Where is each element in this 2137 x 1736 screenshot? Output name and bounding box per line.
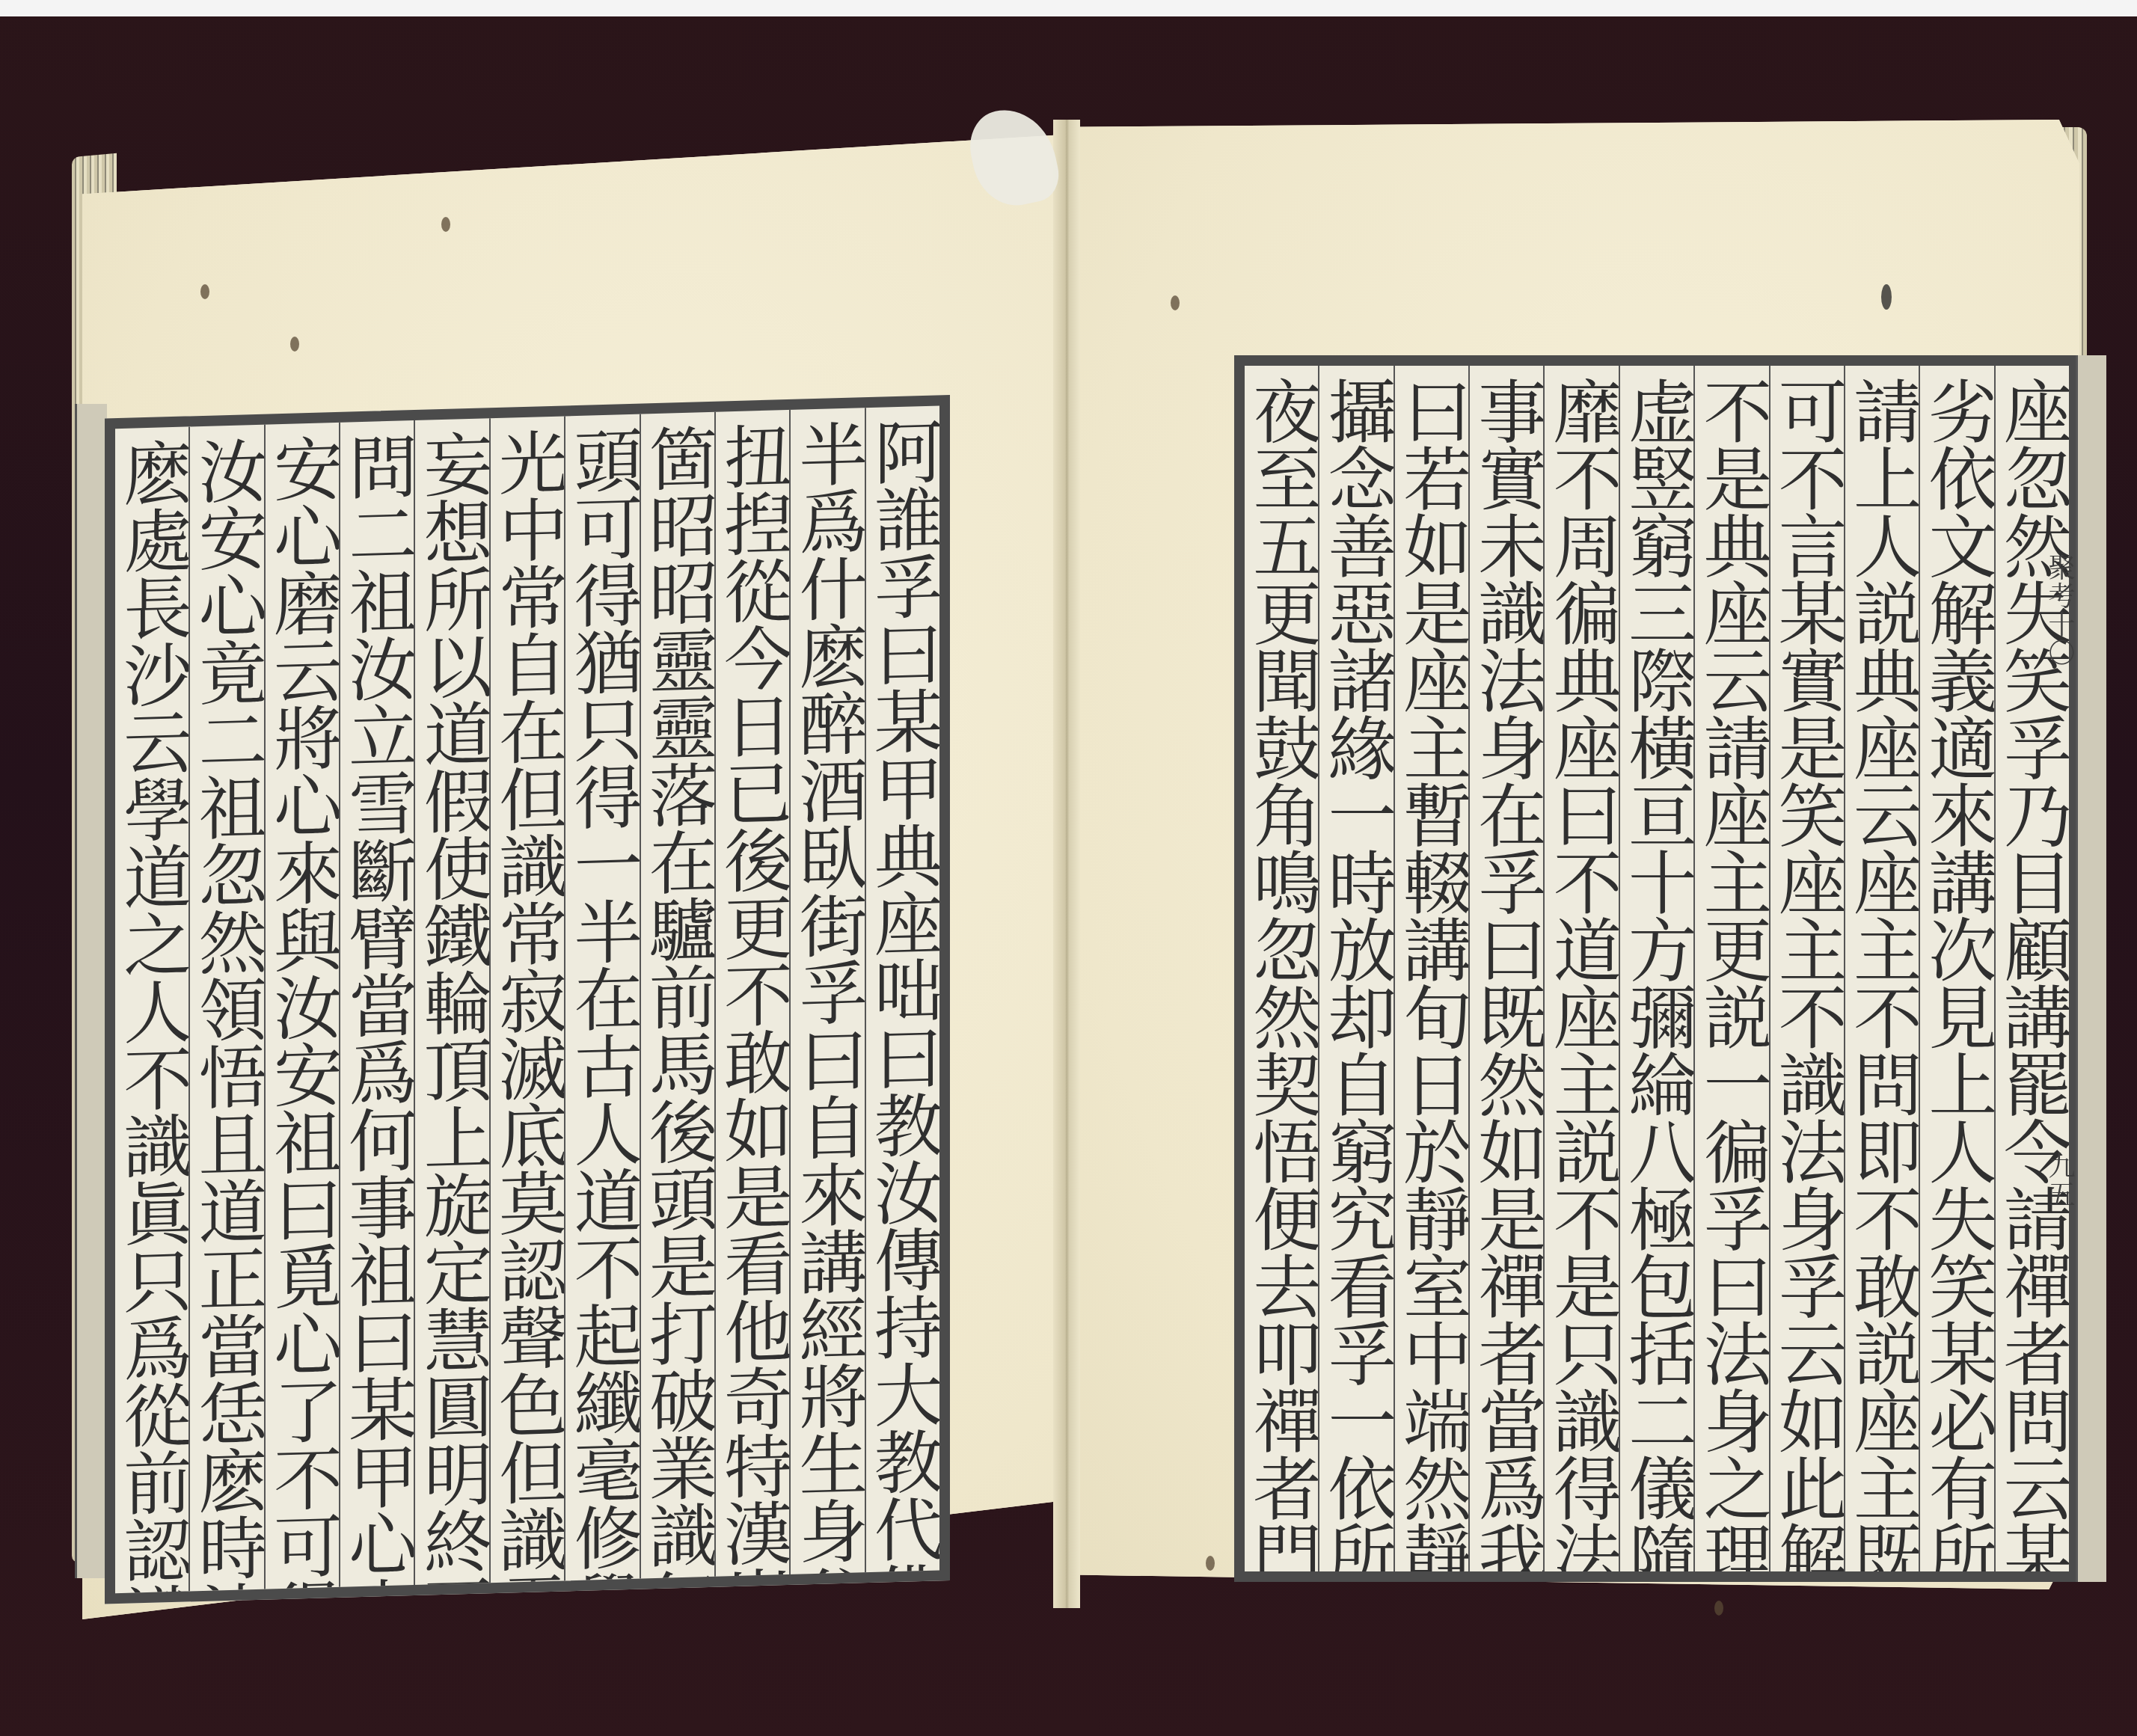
left-page-fold-strip	[75, 404, 107, 1578]
wormhole-mark	[1171, 295, 1180, 310]
left-page-columns: 阿誰孚曰某甲典座咄曰教汝傳持大教代佛説法夜 半爲什麽醉酒臥街孚曰自來講經將生身父…	[115, 405, 939, 1593]
left-page-text-frame: 阿誰孚曰某甲典座咄曰教汝傳持大教代佛説法夜 半爲什麽醉酒臥街孚曰自來講經將生身父…	[105, 395, 950, 1604]
text-column-5: 頭可得猶只得一半在古人道不起纖毫修學心無相	[564, 414, 639, 1581]
text-column-11: 麽處長沙云學道之人不識眞只爲從前認識神無量	[115, 426, 188, 1593]
top-scan-border	[0, 0, 2137, 16]
wormhole-mark	[441, 217, 450, 232]
text-column-2: 半爲什麽醉酒臥街孚曰自來講經將生身父母鼻孔	[789, 408, 864, 1574]
text-column-7: 靡不周徧典座曰不道座主説不是只識得法身量邊	[1543, 366, 1618, 1571]
text-column-6: 光中常自在但識常寂滅底莫認聲色但識靈知莫認	[489, 416, 564, 1583]
text-column-7: 妄想所以道假使鐵輪頂上旋定慧圓明終不失達磨	[414, 418, 488, 1585]
text-column-3: 扭揑從今日已後更不敢如是看他奇特漢豈只去認	[714, 410, 789, 1577]
wormhole-mark	[290, 337, 299, 352]
text-column-1: 阿誰孚曰某甲典座咄曰教汝傳持大教代佛説法夜	[865, 405, 939, 1572]
right-page-fold-strip	[2076, 355, 2106, 1582]
text-column-4: 箇昭昭靈靈落在驢前馬後頭是打破業識無一絲毫	[640, 412, 714, 1579]
wormhole-mark	[1714, 1601, 1723, 1616]
right-leaf-number: 九五	[2041, 1152, 2079, 1209]
text-column-6: 虚竪窮三際橫亘十方彌綸八極包括二儀隨緣赴感	[1619, 366, 1693, 1571]
right-margin-title: 聚考十〇	[2041, 553, 2079, 667]
text-column-10: 汝安心竟二祖忽然領悟且道正當恁麽時法身在什	[188, 425, 263, 1592]
text-column-9: 曰若如是座主暫輟講旬日於靜室中端然靜慮收心	[1394, 366, 1468, 1571]
wormhole-mark	[1206, 1556, 1215, 1571]
text-column-2: 劣依文解義適來講次見上人失笑某必有所短乞垂	[1919, 366, 1993, 1571]
text-column-9: 安心磨云將心來與汝安祖曰覓心了不可得磨曰與	[264, 423, 339, 1589]
text-column-10: 攝念善惡諸緣一時放却自窮究看孚一依所言從初	[1318, 366, 1393, 1571]
text-column-3: 請上人説典座云座主不問即不敢説座主既問則不	[1844, 366, 1919, 1571]
text-column-11: 夜至五更聞鼓角鳴忽然契悟便去叩禪者門典座曰	[1245, 366, 1318, 1571]
right-page-text-frame: 座忽然失笑孚乃目顧講罷令請禪者問云某素稟狹 劣依文解義適來講次見上人失笑某必有所…	[1234, 355, 2079, 1582]
right-page-columns: 座忽然失笑孚乃目顧講罷令請禪者問云某素稟狹 劣依文解義適來講次見上人失笑某必有所…	[1245, 366, 2069, 1571]
book-gutter	[1053, 120, 1080, 1608]
text-column-4: 可不言某實是笑座主不識法身孚云如此解説何處	[1769, 366, 1844, 1571]
ink-blot	[1881, 284, 1892, 310]
text-column-1: 座忽然失笑孚乃目顧講罷令請禪者問云某素稟狹	[1994, 366, 2069, 1571]
text-column-8: 問二祖汝立雪斷臂當爲何事祖曰某甲心未安乞師	[339, 420, 414, 1587]
text-column-5: 不是典座云請座主更説一徧孚曰法身之理猶若太	[1693, 366, 1768, 1571]
wormhole-mark	[200, 284, 209, 299]
text-column-8: 事實未識法身在孚曰既然如是禪者當爲我説典座	[1468, 366, 1543, 1571]
